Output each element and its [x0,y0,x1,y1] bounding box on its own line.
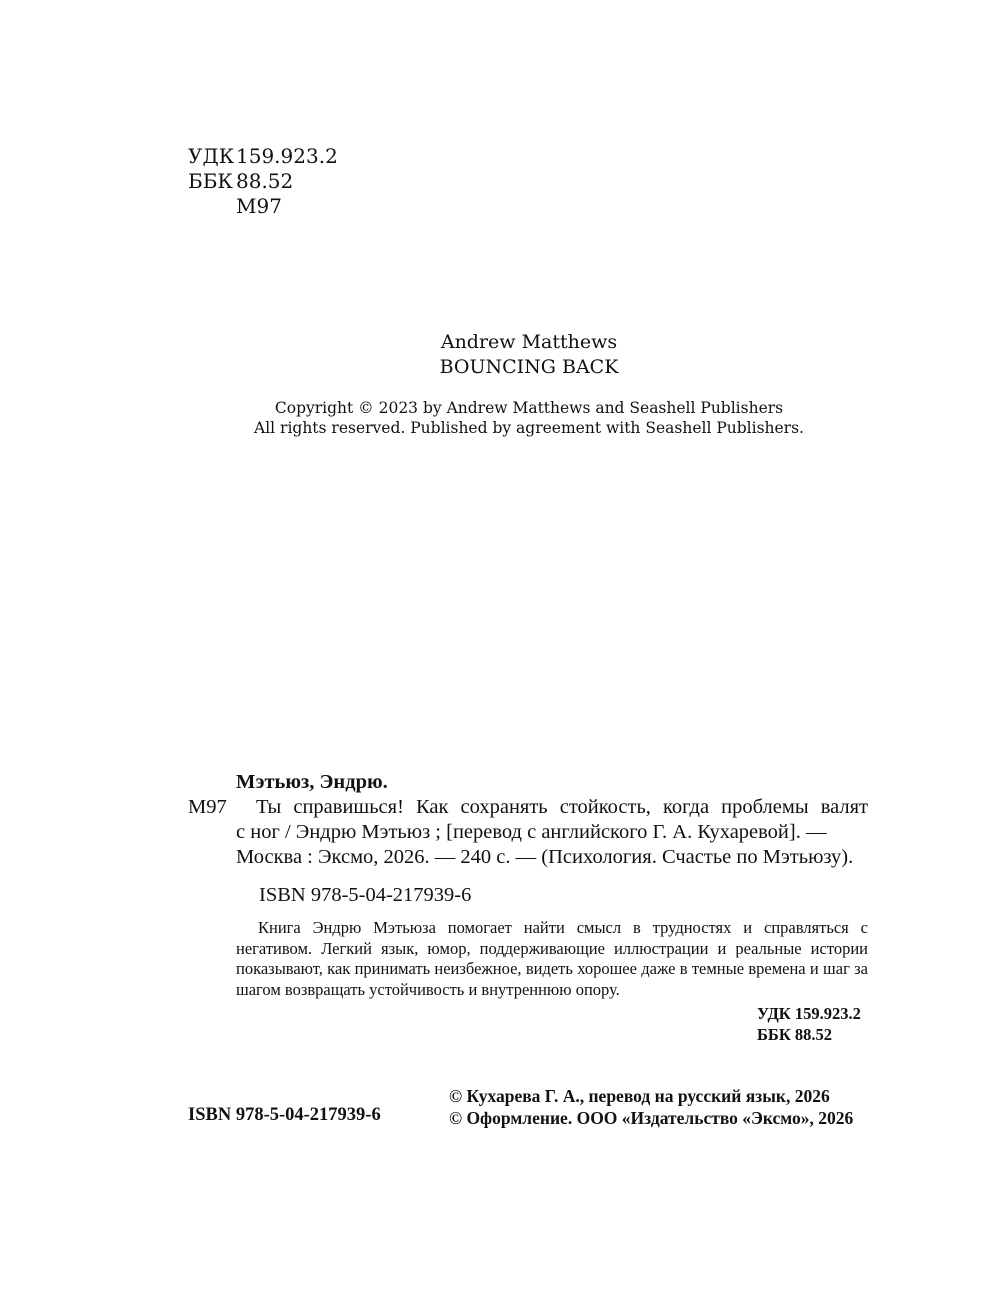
original-copyright: Copyright © 2023 by Andrew Matthews and … [0,398,986,438]
copyright-line-2: All rights reserved. Published by agreem… [0,418,986,438]
copyright-line-1: Copyright © 2023 by Andrew Matthews and … [0,398,986,418]
annotation-text: Книга Эндрю Мэтьюза помогает найти смысл… [236,918,868,1000]
bbk-bottom: ББК 88.52 [757,1025,861,1046]
original-author: Andrew Matthews [0,330,986,355]
catalog-description-line-3: Москва : Эксмо, 2026. — 240 с. — (Психол… [188,845,868,870]
catalog-author-heading: Мэтьюз, Эндрю. [188,770,868,795]
classification-codes-bottom: УДК 159.923.2 ББК 88.52 [757,1004,861,1045]
footer-rights: © Кухарева Г. А., перевод на русский язы… [449,1085,853,1129]
classification-codes-top: УДК159.923.2 ББК88.52 М97 [188,144,338,219]
udk-bottom: УДК 159.923.2 [757,1004,861,1025]
original-edition-info: Andrew Matthews BOUNCING BACK [0,330,986,380]
annotation: Книга Эндрю Мэтьюза помогает найти смысл… [236,918,868,1000]
footer-isbn: ISBN 978-5-04-217939-6 [188,1105,381,1126]
catalog-description-line-1: Ты справишься! Как сохранять стойкость, … [236,795,868,820]
udk-value: 159.923.2 [236,144,338,169]
design-rights: © Оформление. ООО «Издательство «Эксмо»,… [449,1107,853,1129]
catalog-description-line-2: с ног / Эндрю Мэтьюз ; [перевод с англий… [188,820,868,845]
udk-label: УДК [188,144,236,169]
bbk-value: 88.52 [236,169,293,194]
translation-rights: © Кухарева Г. А., перевод на русский язы… [449,1085,853,1107]
original-title: BOUNCING BACK [0,355,986,380]
catalog-record: Мэтьюз, Эндрю. М97 Ты справишься! Как со… [188,770,868,870]
author-mark: М97 [236,194,282,219]
bbk-label: ББК [188,169,236,194]
catalog-isbn: ISBN 978-5-04-217939-6 [259,884,471,907]
catalog-author-mark: М97 [188,795,236,820]
